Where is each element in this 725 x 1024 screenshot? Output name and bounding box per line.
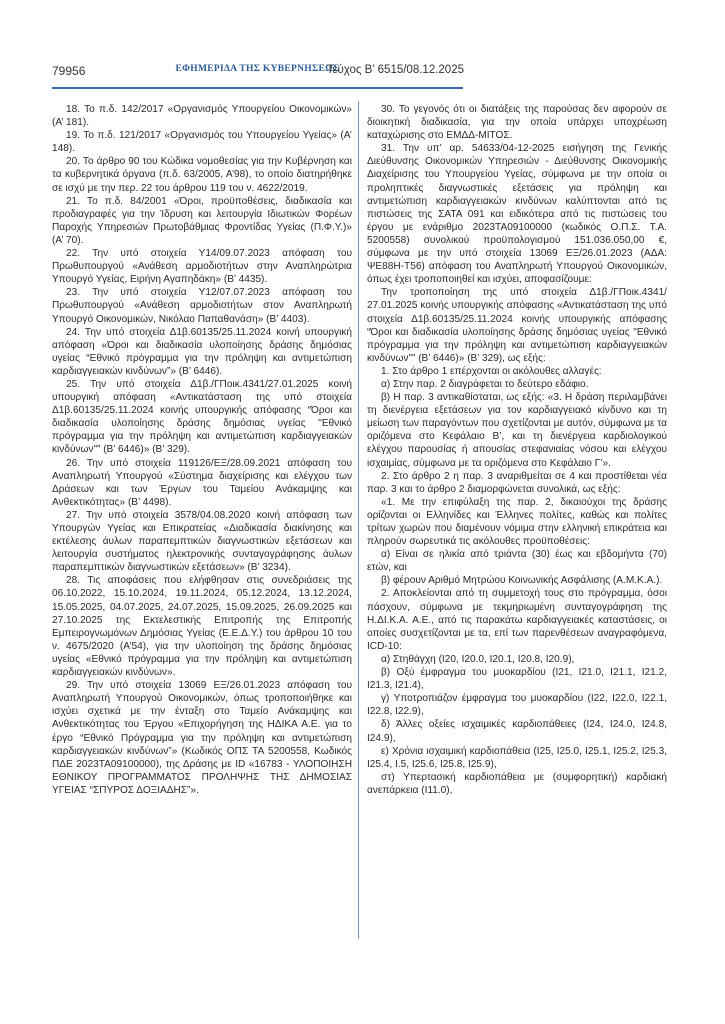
article-1-item-a: α) Στην παρ. 2 διαγράφεται το δεύτερο εδ… (367, 378, 667, 391)
right-column: 30. Το γεγονός ότι οι διατάξεις της παρο… (367, 103, 667, 797)
article-1-item-b: β) Η παρ. 3 αντικαθίσταται, ως εξής: «3.… (367, 391, 667, 470)
article-2-para-1-a: α) Είναι σε ηλικία από τριάντα (30) έως … (367, 548, 667, 574)
article-2-para-1-b: β) φέρουν Αριθμό Μητρώου Κοινωνικής Ασφά… (367, 574, 667, 587)
exclusion-e: ε) Χρόνια ισχαιμική καρδιοπάθεια (I25, I… (367, 745, 667, 771)
paragraph-31: 31. Την υπ’ αρ. 54633/04-12-2025 εισήγησ… (367, 142, 667, 286)
paragraph-19: 19. Το π.δ. 121/2017 «Οργανισμός του Υπο… (52, 129, 352, 155)
column-divider (358, 101, 359, 939)
exclusion-f: στ) Υπερτασική καρδιοπάθεια με (συμφορητ… (367, 771, 667, 797)
paragraph-20: 20. Το άρθρο 90 του Κώδικα νομοθεσίας γι… (52, 155, 352, 194)
article-2-changes: 2. Στο άρθρο 2 η παρ. 3 αναριθμείται σε … (367, 470, 667, 496)
paragraph-26: 26. Την υπό στοιχεία 119126/ΕΞ/28.09.202… (52, 457, 352, 509)
exclusion-c: γ) Υποτροπιάζον έμφραγμα του μυοκαρδίου … (367, 692, 667, 718)
paragraph-28: 28. Τις αποφάσεις που ελήφθησαν στις συν… (52, 574, 352, 679)
paragraph-23: 23. Την υπό στοιχεία Υ12/07.07.2023 απόφ… (52, 286, 352, 325)
left-column: 18. Το π.δ. 142/2017 «Οργανισμός Υπουργε… (52, 103, 352, 797)
paragraph-18: 18. Το π.δ. 142/2017 «Οργανισμός Υπουργε… (52, 103, 352, 129)
issue-number: Τεύχος Β’ 6515/08.12.2025 (327, 64, 464, 76)
exclusion-a: α) Στηθάγχη (I20, I20.0, I20.1, I20.8, I… (367, 653, 667, 666)
paragraph-21: 21. Το π.δ. 84/2001 «Όροι, προϋποθέσεις,… (52, 195, 352, 247)
article-2-para-1: «1. Με την επιφύλαξη της παρ. 2, δικαιού… (367, 496, 667, 548)
paragraph-24: 24. Την υπό στοιχεία Δ1β.60135/25.11.202… (52, 326, 352, 378)
exclusion-b: β) Οξύ έμφραγμα του μυοκαρδίου (I21, I21… (367, 666, 667, 692)
paragraph-30: 30. Το γεγονός ότι οι διατάξεις της παρο… (367, 103, 667, 142)
article-1-changes: 1. Στο άρθρο 1 επέρχονται οι ακόλουθες α… (367, 365, 667, 378)
paragraph-27: 27. Την υπό στοιχεία 3578/04.08.2020 κοι… (52, 509, 352, 574)
header-rule (52, 87, 463, 89)
decision-intro: Την τροποποίηση της υπό στοιχεία Δ1β./ΓΠ… (367, 286, 667, 365)
paragraph-22: 22. Την υπό στοιχεία Υ14/09.07.2023 απόφ… (52, 247, 352, 286)
exclusion-d: δ) Άλλες οξείες ισχαιμικές καρδιοπάθειες… (367, 718, 667, 744)
article-2-para-2: 2. Αποκλείονται από τη συμμετοχή τους στ… (367, 587, 667, 652)
paragraph-29: 29. Την υπό στοιχεία 13069 ΕΞ/26.01.2023… (52, 679, 352, 797)
paragraph-25: 25. Την υπό στοιχεία Δ1β./ΓΠοικ.4341/27.… (52, 378, 352, 457)
